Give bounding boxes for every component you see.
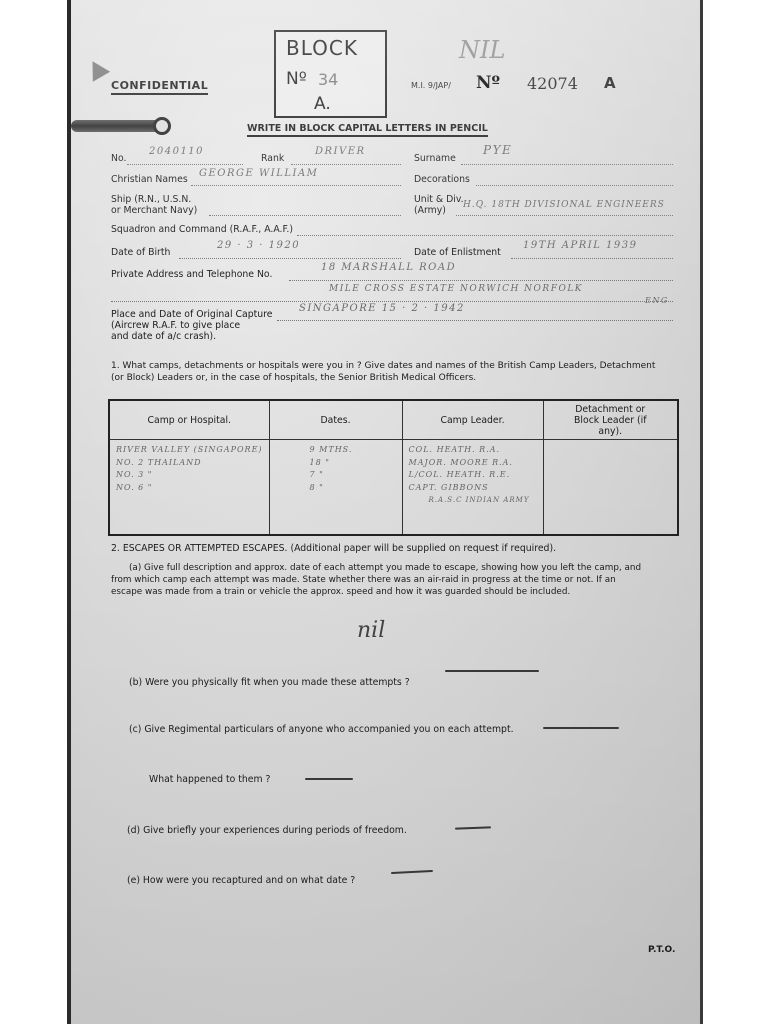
serial-number: 42074: [527, 74, 578, 93]
block-stamp-title: BLOCK: [286, 36, 358, 60]
surname-field-line[interactable]: [461, 164, 673, 165]
section2-c-followup: What happened to them ?: [149, 774, 270, 785]
table-row-leader: MAJOR. MOORE R.A.: [409, 457, 537, 470]
section1-question-line1: 1. What camps, detachments or hospitals …: [111, 361, 655, 371]
table-row-leader: CAPT. GIBBONS: [409, 482, 537, 495]
col-camp-header: Camp or Hospital.: [109, 400, 269, 440]
block-stamp-letter: A.: [314, 94, 331, 114]
col-dates-header: Dates.: [269, 400, 402, 440]
no-label: No.: [111, 153, 126, 164]
serial-suffix: A: [604, 74, 616, 92]
decorations-label: Decorations: [414, 174, 470, 185]
b-answer-dash[interactable]: [445, 670, 539, 672]
d-answer-dash[interactable]: [455, 826, 491, 829]
no-field-line[interactable]: [127, 164, 243, 165]
table-row-leader: COL. HEATH. R.A.: [409, 444, 537, 457]
block-stamp-no: Nº: [286, 69, 307, 89]
questionnaire-page: CONFIDENTIAL BLOCK Nº 34 A. NIL M.I. 9/J…: [67, 0, 703, 1024]
table-row-camp: NO. 3 ": [116, 469, 263, 482]
ship-label: Ship (R.N., U.S.N. or Merchant Navy): [111, 194, 197, 216]
address-field-line-2[interactable]: [111, 301, 673, 302]
christian-names-field-line[interactable]: [191, 185, 401, 186]
camp-cell[interactable]: RIVER VALLEY (SINGAPORE) NO. 2 THAILAND …: [109, 440, 269, 536]
e-answer-dash[interactable]: [391, 870, 433, 874]
table-row-dates: 9 MTHS.: [310, 444, 396, 457]
camps-table-header: Camp or Hospital. Dates. Camp Leader. De…: [109, 400, 678, 440]
squadron-label: Squadron and Command (R.A.F., A.A.F.): [111, 224, 293, 235]
enlistment-value: 19TH APRIL 1939: [523, 240, 638, 251]
dob-label: Date of Birth: [111, 247, 170, 258]
table-row-dates: 18 ": [310, 457, 396, 470]
unit-value: H.Q. 18TH DIVISIONAL ENGINEERS: [463, 200, 665, 210]
camps-table-body: RIVER VALLEY (SINGAPORE) NO. 2 THAILAND …: [109, 440, 678, 536]
table-row-camp: NO. 2 THAILAND: [116, 457, 263, 470]
ship-label-line2: or Merchant Navy): [111, 205, 197, 216]
col-leader-header: Camp Leader.: [402, 400, 543, 440]
capture-label: Place and Date of Original Capture (Airc…: [111, 309, 273, 342]
dob-value: 29 · 3 · 1920: [217, 240, 300, 251]
rank-field-line[interactable]: [291, 164, 401, 165]
section2-a-line2: from which camp each attempt was made. S…: [111, 575, 616, 585]
address-field-line-1[interactable]: [289, 280, 673, 281]
capture-label-line3: and date of a/c crash).: [111, 331, 273, 342]
unit-label: Unit & Div. (Army): [414, 194, 464, 216]
table-row-leader: L/COL. HEATH. R.E.: [409, 469, 537, 482]
table-row-leader: R.A.S.C INDIAN ARMY: [409, 494, 537, 507]
c-answer-dash[interactable]: [543, 727, 619, 729]
section2-c-question: (c) Give Regimental particulars of anyon…: [129, 724, 514, 735]
block-stamp-number: 34: [318, 70, 338, 89]
capture-value: SINGAPORE 15 · 2 · 1942: [299, 303, 465, 314]
number-symbol: Nº: [476, 73, 500, 93]
c-followup-dash[interactable]: [305, 778, 353, 780]
surname-label: Surname: [414, 153, 456, 164]
table-row-camp: RIVER VALLEY (SINGAPORE): [116, 444, 263, 457]
ship-field-line[interactable]: [209, 215, 401, 216]
table-row-camp: NO. 6 ": [116, 482, 263, 495]
table-row-dates: 7 ": [310, 469, 396, 482]
rank-label: Rank: [261, 153, 284, 164]
col-detachment-header: Detachment or Block Leader (if any).: [543, 400, 678, 440]
christian-names-label: Christian Names: [111, 174, 188, 185]
classification-label: CONFIDENTIAL: [111, 79, 208, 95]
camps-table: Camp or Hospital. Dates. Camp Leader. De…: [108, 399, 679, 536]
binding-pin: [71, 120, 166, 132]
address-line3: ENG: [645, 296, 669, 305]
dates-cell[interactable]: 9 MTHS. 18 " 7 " 8 ": [269, 440, 402, 536]
unit-field-line[interactable]: [456, 215, 673, 216]
capture-label-line1: Place and Date of Original Capture: [111, 309, 273, 320]
ship-label-line1: Ship (R.N., U.S.N.: [111, 194, 197, 205]
section2-b-question: (b) Were you physically fit when you mad…: [129, 677, 410, 688]
rank-value: DRIVER: [315, 146, 366, 157]
detachment-cell[interactable]: [543, 440, 678, 536]
address-label: Private Address and Telephone No.: [111, 269, 272, 280]
section1-question-line2: (or Block) Leaders or, in the case of ho…: [111, 373, 476, 383]
capture-label-line2: (Aircrew R.A.F. to give place: [111, 320, 273, 331]
table-row-dates: 8 ": [310, 482, 396, 495]
enlistment-field-line[interactable]: [511, 258, 673, 259]
pto-label: P.T.O.: [648, 945, 675, 955]
reference-prefix: M.I. 9/JAP/: [411, 81, 451, 90]
pin-head: [153, 117, 171, 135]
decorations-field-line[interactable]: [476, 185, 673, 186]
unit-label-line1: Unit & Div.: [414, 194, 464, 205]
block-stamp: BLOCK Nº 34 A.: [274, 30, 387, 118]
section2-d-question: (d) Give briefly your experiences during…: [127, 825, 407, 836]
address-line2: MILE CROSS ESTATE NORWICH NORFOLK: [329, 284, 583, 294]
capture-field-line[interactable]: [277, 320, 673, 321]
squadron-field-line[interactable]: [297, 235, 673, 236]
section2-e-question: (e) How were you recaptured and on what …: [127, 875, 355, 886]
no-value: 2040110: [149, 146, 204, 157]
christian-names-value: GEORGE WILLIAM: [199, 168, 318, 179]
torn-corner: [84, 56, 110, 82]
section2-a-line3: escape was made from a train or vehicle …: [111, 587, 570, 597]
nil-annotation: NIL: [459, 36, 505, 64]
dob-field-line[interactable]: [179, 258, 401, 259]
enlistment-label: Date of Enlistment: [414, 247, 501, 258]
section2-a-answer[interactable]: nil: [357, 618, 385, 643]
leader-cell[interactable]: COL. HEATH. R.A. MAJOR. MOORE R.A. L/COL…: [402, 440, 543, 536]
instruction-banner: WRITE IN BLOCK CAPITAL LETTERS IN PENCIL: [247, 123, 488, 137]
address-line1: 18 MARSHALL ROAD: [321, 262, 456, 273]
section2-a-line1: (a) Give full description and approx. da…: [129, 563, 641, 573]
surname-value: PYE: [483, 143, 512, 157]
section2-title: 2. ESCAPES OR ATTEMPTED ESCAPES. (Additi…: [111, 543, 556, 554]
